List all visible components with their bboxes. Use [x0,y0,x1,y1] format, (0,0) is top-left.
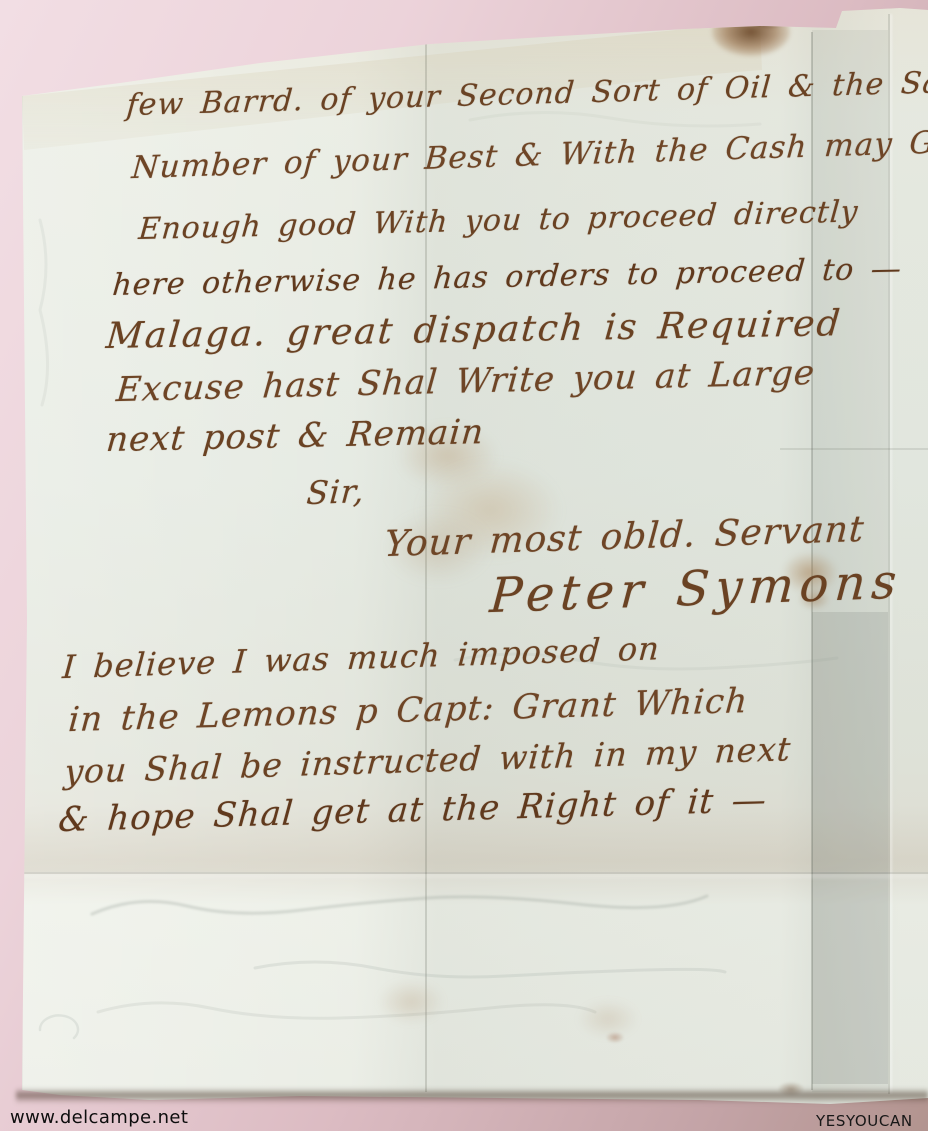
postscript-line-2: in the Lemons p Capt: Grant Which [67,681,750,740]
letter-line-6: Excuse hast Shal Write you at Large [115,353,817,410]
letter-paper: few Barrd. of your Second Sort of Oil & … [0,0,928,1131]
postscript-line-4: & hope Shal get at the Right of it — [57,780,768,840]
stain-top-right-core [748,4,788,30]
signature: Peter Symons [488,554,904,625]
letter-line-3: Enough good With you to proceed directly [137,194,860,247]
fold-crease-horizontal [0,872,928,874]
paper-left-edge-shade [20,96,23,1092]
stain-bottom-right-edge [778,1082,804,1096]
letter-line-4: here otherwise he has orders to proceed … [111,251,903,303]
watermark-yesyoucan: YESYOUCAN [816,1112,913,1130]
letter-line-5: Malaga. great dispatch is Required [104,303,843,357]
postscript-line-1: I believe I was much imposed on [61,629,661,686]
stain-bottom-center [578,1000,638,1038]
letter-line-2: Number of your Best & With the Cash may … [130,124,928,186]
watermark-delcampe: www.delcampe.net [10,1107,188,1128]
letter-line-1: few Barrd. of your Second Sort of Oil & … [125,64,928,123]
stain-bottom-dot [606,1032,624,1043]
stain-bottom-left [378,980,444,1024]
closing-salutation: Sir, [305,472,366,512]
letter-line-7: next post & Remain [105,412,486,460]
photo-background: few Barrd. of your Second Sort of Oil & … [0,0,928,1131]
stain-top-right [712,8,790,56]
fold-band-right-lower [812,612,888,1084]
fold-crease-horizontal-right [780,448,928,450]
